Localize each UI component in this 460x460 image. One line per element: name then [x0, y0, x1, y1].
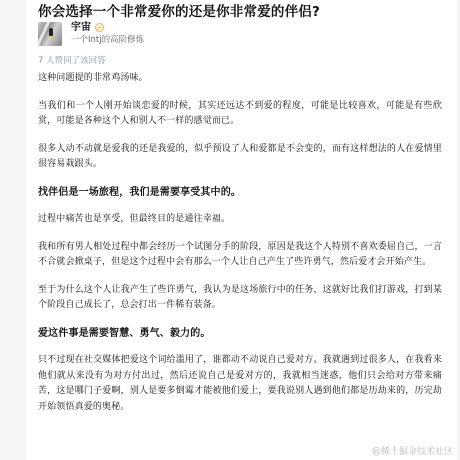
bold-heading: 找伴侣是一场旅程，我们是需要享受其中的。: [38, 185, 442, 201]
author-headline: 一个Intj的高阶修炼: [71, 34, 144, 46]
watermark: @稀土掘金技术社区: [372, 446, 453, 458]
paragraph: 过程中痛苦也是享受，但最终目的是通往幸福。: [38, 212, 442, 228]
question-title[interactable]: 你会选择一个非常爱你的还是你非常爱的伴侣?: [38, 2, 320, 22]
certified-badge-icon[interactable]: [95, 23, 104, 32]
author-text: 宇宙 一个Intj的高阶修炼: [71, 21, 144, 46]
answer-content: 这种问题提的非常鸡汤味。 当我们和一个人刚开始谈恋爱的时候，其实还远达不到爱的程…: [38, 71, 442, 427]
answer-card: 你会选择一个非常爱你的还是你非常爱的伴侣? 宇宙 一个Intj的高阶修炼 7 人…: [26, 0, 457, 460]
paragraph: 很多人动不动就是爱我的还是我爱的，似乎预设了人和爱都是不会变的，而有这样想法的人…: [38, 142, 442, 173]
author-name-row: 宇宙: [71, 21, 144, 34]
author-name[interactable]: 宇宙: [71, 21, 91, 34]
vote-count[interactable]: 7 人赞同了该回答: [38, 55, 106, 67]
paragraph: 我和所有男人相处过程中都会经历一个试图分手的阶段，原因是我这个人特别不喜欢委屈自…: [38, 240, 442, 271]
paragraph: 至于为什么这个人让我产生了些许勇气，我认为是这场旅行中的任务，这就好比我们打游戏…: [38, 283, 442, 314]
author-info: 宇宙 一个Intj的高阶修炼: [38, 21, 144, 46]
bold-heading: 爱这件事是需要智慧、勇气、毅力的。: [38, 326, 442, 342]
avatar[interactable]: [38, 22, 62, 46]
paragraph: 这种问题提的非常鸡汤味。: [38, 71, 442, 87]
paragraph: 当我们和一个人刚开始谈恋爱的时候，其实还远达不到爱的程度，可能是比较喜欢，可能是…: [38, 99, 442, 130]
paragraph: 只不过现在社交媒体把爱这个词给滥用了，谁都动不动说自己爱对方。我就遇到过很多人，…: [38, 353, 442, 415]
